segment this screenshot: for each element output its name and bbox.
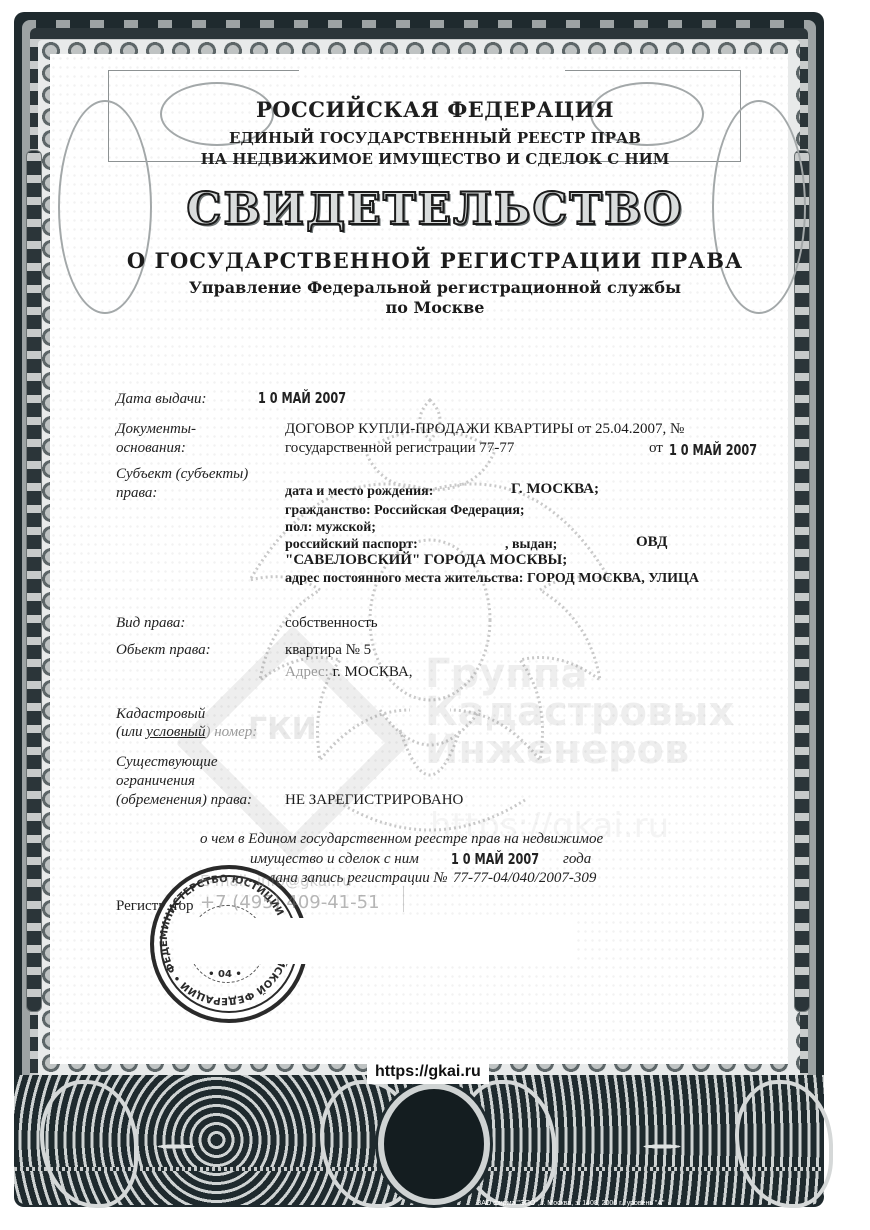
documents-value-line1: ДОГОВОР КУПЛИ-ПРОДАЖИ КВАРТИРЫ от 25.04.… (285, 420, 684, 438)
watermark-line2: Кадастровых (425, 693, 734, 731)
agency-line2: по Москве (0, 298, 870, 317)
bottom-medallion (378, 1083, 490, 1205)
cadastral-underlined: условный (146, 724, 205, 740)
printer-imprint: ЗАО фирма "ЭПО", г. Москва, з. 1408, 200… (477, 1200, 665, 1207)
watermark-divider (403, 886, 404, 912)
subject-issuer-prefix: ОВД (636, 534, 667, 551)
registry-heading-line1: ЕДИНЫЙ ГОСУДАРСТВЕННЫЙ РЕЕСТР ПРАВ (0, 129, 870, 147)
encumbrances-label-line2: ограничения (116, 772, 195, 790)
issue-date-stamp: 1 0 МАЙ 2007 (258, 389, 346, 407)
redaction-box (178, 918, 573, 964)
watermark-line1: Группа (425, 655, 734, 693)
registry-note-line2-suffix: года (563, 851, 591, 868)
registry-heading-line2: НА НЕДВИЖИМОЕ ИМУЩЕСТВО И СДЕЛОК С НИМ (0, 150, 870, 168)
encumbrances-label-line1: Существующие (116, 753, 218, 771)
subject-address: адрес постоянного места жительства: ГОРО… (285, 570, 699, 587)
svg-text:• 04 •: • 04 • (208, 969, 242, 980)
gki-logo-text: ГКИ (248, 712, 317, 747)
cadastral-label-line2: (или условный) номер: (116, 723, 257, 741)
subject-label-line1: Субъект (субъекты) (116, 465, 248, 483)
encumbrances-value: НЕ ЗАРЕГИСТРИРОВАНО (285, 791, 463, 809)
object-label: Обьект права: (116, 641, 211, 659)
watermark-text: Группа Кадастровых Инженеров (425, 655, 734, 769)
documents-label-line1: Документы- (116, 420, 196, 438)
watermark-phone: +7 (495) 409-41-51 (200, 892, 380, 913)
certificate-subtitle: О ГОСУДАРСТВЕННОЙ РЕГИСТРАЦИИ ПРАВА (0, 248, 870, 273)
agency-line1: Управление Федеральной регистрационной с… (0, 278, 870, 297)
object-address-value: г. МОСКВА, (333, 664, 413, 680)
registration-number: 77-77-04/040/2007-309 (453, 870, 596, 887)
watermark-email: E-mail: info@gkai.ru (200, 872, 352, 890)
cadastral-label-line1: Кадастровый (116, 705, 205, 723)
documents-value-line2: государственной регистрации 77-77 (285, 439, 514, 457)
object-address-label: Адрес: (285, 664, 329, 680)
subject-birth-place: Г. МОСКВА; (511, 481, 599, 498)
registry-note-line1: о чем в Едином государственном реестре п… (200, 831, 603, 848)
site-badge[interactable]: https://gkai.ru (367, 1060, 489, 1084)
registry-note-date-stamp: 1 0 МАЙ 2007 (451, 850, 539, 868)
cadastral-suffix: ) номер: (205, 724, 257, 740)
subject-passport-label: российский паспорт: (285, 536, 418, 553)
subject-citizenship: гражданство: Российская Федерация; (285, 502, 525, 519)
issue-date-label: Дата выдачи: (116, 390, 207, 408)
right-type-value: собственность (285, 614, 378, 632)
cadastral-prefix: (или (116, 724, 146, 740)
object-value: квартира № 5 (285, 641, 371, 659)
subject-issuer-line2: "САВЕЛОВСКИЙ" ГОРОДА МОСКВЫ; (285, 552, 567, 569)
encumbrances-label-line3: (обременения) права: (116, 791, 252, 809)
documents-label-line2: основания: (116, 439, 186, 457)
watermark-line3: Инженеров (425, 731, 734, 769)
country-heading: РОССИЙСКАЯ ФЕДЕРАЦИЯ (0, 97, 870, 122)
documents-from-prefix: от (649, 439, 663, 457)
subject-issued-label: , выдан; (505, 536, 557, 553)
documents-from-date-stamp: 1 0 МАЙ 2007 (669, 441, 757, 459)
subject-label-line2: права: (116, 484, 157, 502)
object-address: Адрес: г. МОСКВА, (285, 663, 413, 681)
right-type-label: Вид права: (116, 614, 185, 632)
certificate-title: СВИДЕТЕЛЬСТВО (0, 184, 870, 235)
subject-sex: пол: мужской; (285, 519, 376, 536)
subject-birth-label: дата и место рождения: (285, 483, 433, 500)
